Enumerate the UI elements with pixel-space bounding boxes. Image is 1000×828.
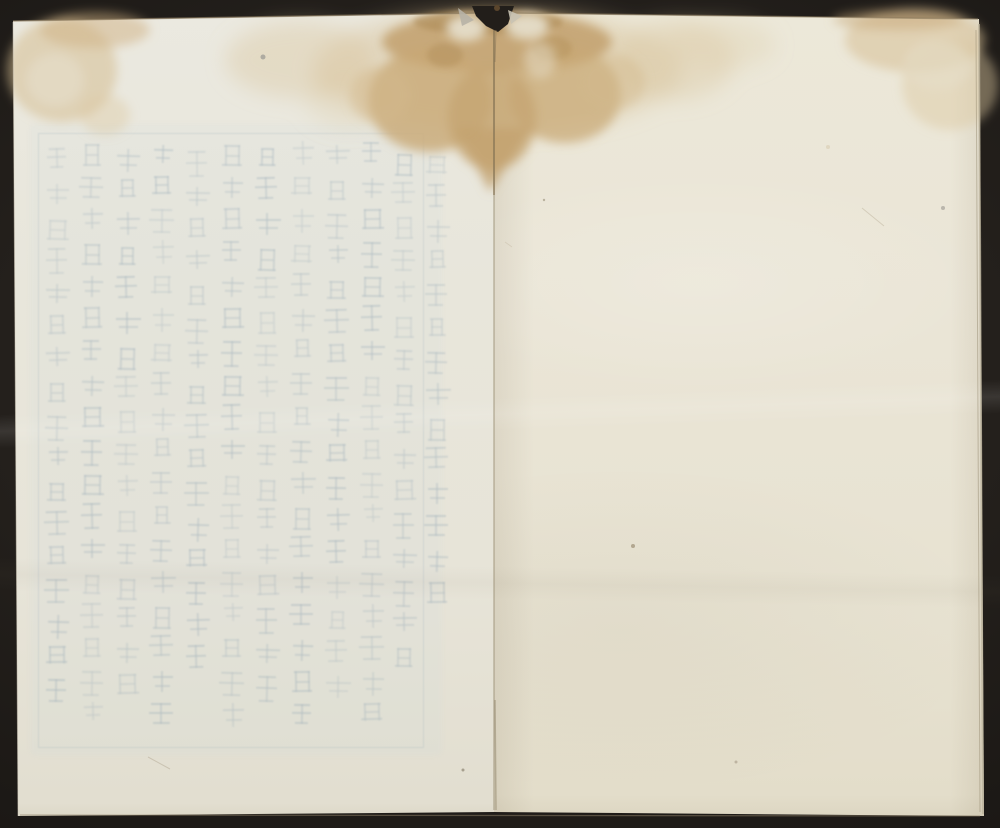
bleed-glyph [44,579,69,603]
bleed-glyph [293,208,314,234]
bleed-glyph [291,273,311,296]
bleed-glyph [220,404,242,431]
bleed-glyph [46,544,69,567]
bleed-glyph [290,471,315,495]
bleed-glyph [324,214,348,240]
bleed-glyph [46,346,71,368]
bleed-glyph [46,481,68,503]
bleed-glyph [256,608,277,634]
bleed-glyph [79,177,104,199]
bleed-glyph [222,702,243,728]
bleed-glyph [152,239,174,266]
bleed-glyph [327,179,347,202]
bleed-glyph [291,506,312,532]
bleed-glyph [150,472,172,494]
bleed-glyph [256,310,277,336]
bleed-glyph [186,447,209,470]
bleed-glyph [220,341,241,367]
bleed-glyph [80,305,104,331]
bleed-glyph [289,536,314,558]
bleed-glyph [426,219,449,244]
bleed-glyph [327,575,350,600]
bleed-glyph [116,148,140,174]
bleed-glyph [360,242,381,268]
bleed-glyph [114,672,140,697]
bleed-glyph [393,548,418,570]
bleed-glyph [327,610,347,631]
bleed-glyph [82,573,103,597]
bleed-glyph [393,513,414,539]
bleed-glyph [153,670,173,693]
bleed-glyph [114,444,138,465]
bleed-glyph [114,376,138,397]
bleed-glyph [256,508,275,528]
bleed-glyph [426,184,446,207]
bleed-glyph [292,140,314,167]
bleed-glyph [394,646,414,669]
bleed-glyph [359,207,384,231]
bleed-glyph [116,211,139,236]
bleed-glyph [152,437,172,458]
bleed-glyph [255,478,279,504]
bleed-glyph [362,375,383,399]
bleed-glyph [257,543,279,565]
bleed-glyph [360,701,385,723]
bleed-glyph [289,604,313,625]
bleed-glyph [48,446,67,466]
bleed-glyph [116,346,138,373]
page-edge-bottom [20,815,980,816]
bleed-glyph [220,143,243,168]
bleed-glyph [325,675,350,699]
bleed-glyph [393,350,413,371]
bleed-glyph [221,637,243,659]
bleed-glyph [116,544,136,565]
bleed-glyph [255,177,278,200]
bleed-glyph [254,277,278,298]
bleed-glyph [391,250,415,271]
bleed-glyph [256,643,281,665]
bleed-glyph [256,445,276,466]
bleed-glyph [391,478,417,503]
bleed-glyph [323,309,349,334]
bleed-glyph [80,503,102,530]
bleed-glyph [290,243,315,265]
bleed-glyph [426,417,447,443]
bleed-glyph [222,474,243,498]
bleed-glyph [362,671,383,697]
bleed-glyph [427,249,447,270]
bleed-glyph [425,352,448,375]
bleed-glyph [79,405,104,429]
bleed-glyph [221,439,245,460]
bleed-glyph [392,581,414,608]
bleed-glyph [220,206,244,232]
bleed-glyph [326,144,351,166]
bleed-glyph [45,644,69,665]
bleed-glyph [291,308,314,333]
bleed-glyph [185,547,209,568]
bleed-glyph [45,248,66,274]
bleed-glyph [256,247,278,274]
bleed-glyph [115,577,139,603]
bleed-glyph [326,507,350,533]
bleed-glyph [254,345,278,366]
bleed-glyph [80,440,101,466]
bleed-glyph [186,384,208,406]
bleed-glyph [255,676,277,703]
bleed-glyph [47,381,67,404]
bleed-glyph [290,373,312,395]
bleed-glyph [358,573,384,598]
bleed-glyph [151,372,171,395]
bleed-glyph [393,413,412,433]
bleed-glyph [219,572,242,597]
bleed-glyph [290,669,313,694]
bleed-glyph [358,636,383,660]
bleed-glyph [219,504,242,529]
bleed-glyph [149,635,174,657]
bleed-glyph [82,636,102,659]
bleed-glyph [153,505,172,525]
bleed-glyph [117,246,136,266]
bleed-glyph [425,284,447,306]
bleed-glyph [223,176,243,199]
bleed-glyph [362,603,383,629]
bleed-glyph [44,218,70,243]
bleed-glyph [187,284,207,307]
bleed-glyph [361,538,383,560]
bleed-glyph [222,276,245,299]
bleed-glyph [185,151,206,177]
bleed-glyph [43,511,69,536]
bleed-glyph [187,517,209,544]
bleed-glyph [184,482,209,506]
bleed-glyph [325,442,349,463]
bleed-glyph [324,377,349,401]
bleed-glyph [219,374,244,398]
bleed-glyph [290,175,314,196]
bleed-glyph [256,410,279,435]
bleed-glyph [80,242,103,267]
bleed-glyph [150,570,175,594]
bleed-glyph [79,671,102,696]
bleed-glyph [257,147,276,167]
bleed-text-block [0,0,500,828]
bleed-glyph [361,340,385,361]
bleed-glyph [428,482,448,505]
bleed-glyph [328,244,347,264]
bleed-glyph [293,406,312,426]
bleed-glyph [292,338,312,359]
bleed-glyph [186,612,210,638]
bleed-glyph [151,174,173,196]
bleed-glyph [325,640,347,662]
bleed-glyph [293,639,314,663]
bleed-glyph [83,275,103,298]
bleed-glyph [222,537,242,560]
bleed-glyph [81,538,105,559]
bleed-glyph [363,503,383,524]
bleed-glyph [393,152,415,179]
bleed-glyph [117,178,136,198]
bleed-glyph [186,645,207,669]
bleed-glyph [82,340,101,360]
bleed-glyph [326,279,348,301]
bleed-glyph [393,611,417,632]
bleed-glyph [359,473,382,498]
bleed-glyph [326,540,347,564]
bleed-glyph [186,582,206,605]
bleed-glyph [148,209,173,233]
bleed-glyph [46,679,66,702]
bleed-glyph [183,414,209,439]
bleed-glyph [391,182,415,203]
bleed-glyph [360,305,382,332]
bleed-glyph [424,515,448,536]
bleed-glyph [362,142,381,162]
bleed-glyph [150,274,174,295]
bleed-glyph [184,319,208,345]
bleed-glyph [83,701,103,722]
bleed-glyph [186,186,210,207]
bleed-glyph [116,509,139,534]
bleed-glyph [83,207,103,230]
bleed-glyph [362,177,385,200]
bleed-glyph [428,317,447,337]
bleed-glyph [79,473,104,497]
bleed-glyph [290,441,313,464]
bleed-glyph [115,276,138,299]
bleed-glyph [151,407,174,432]
bleed-glyph [188,349,207,369]
bleed-glyph [47,313,68,337]
bleed-glyph [359,275,384,299]
bleed-glyph [150,342,175,364]
bleed-glyph [116,607,135,627]
bleed-glyph [393,215,414,241]
bleed-glyph [82,375,105,398]
bleed-glyph [186,249,211,271]
bleed-glyph [153,144,173,165]
bleed-glyph [394,448,416,470]
bleed-glyph [293,571,313,594]
bleed-glyph [327,412,349,439]
bleed-glyph [117,642,139,664]
bleed-glyph [79,603,102,628]
bleed-glyph [291,704,310,724]
bleed-glyph [254,573,280,598]
bleed-glyph [425,580,448,605]
bleed-glyph [219,306,244,330]
bleed-glyph [326,342,349,365]
bleed-glyph [47,614,69,641]
bleed-glyph [46,283,70,304]
bleed-glyph [153,307,174,333]
photo-backdrop [0,0,1000,828]
bleed-glyph [44,416,68,442]
bleed-glyph [424,447,449,469]
bleed-glyph [362,438,382,461]
bleed-glyph [82,142,103,168]
bleed-glyph [218,672,244,697]
bleed-glyph [150,540,173,563]
bleed-glyph [428,550,449,574]
bleed-glyph [118,474,139,498]
bleed-glyph [392,383,416,409]
bleed-glyph [187,216,208,240]
bleed-glyph [256,212,281,236]
bleed-glyph [149,703,173,724]
bleed-glyph [47,183,69,205]
bleed-glyph [116,311,141,335]
bleed-glyph [395,280,416,304]
bleed-glyph [222,241,241,261]
bleed-glyph [359,405,382,430]
bleed-glyph [326,477,346,500]
bleed-glyph [46,148,66,169]
bleed-glyph [393,315,416,340]
bleed-glyph [116,409,137,435]
bleed-glyph [151,605,172,631]
bleed-glyph [258,375,279,399]
bleed-glyph [425,382,450,406]
bleed-glyph [425,154,450,176]
bleed-glyph [223,602,243,623]
